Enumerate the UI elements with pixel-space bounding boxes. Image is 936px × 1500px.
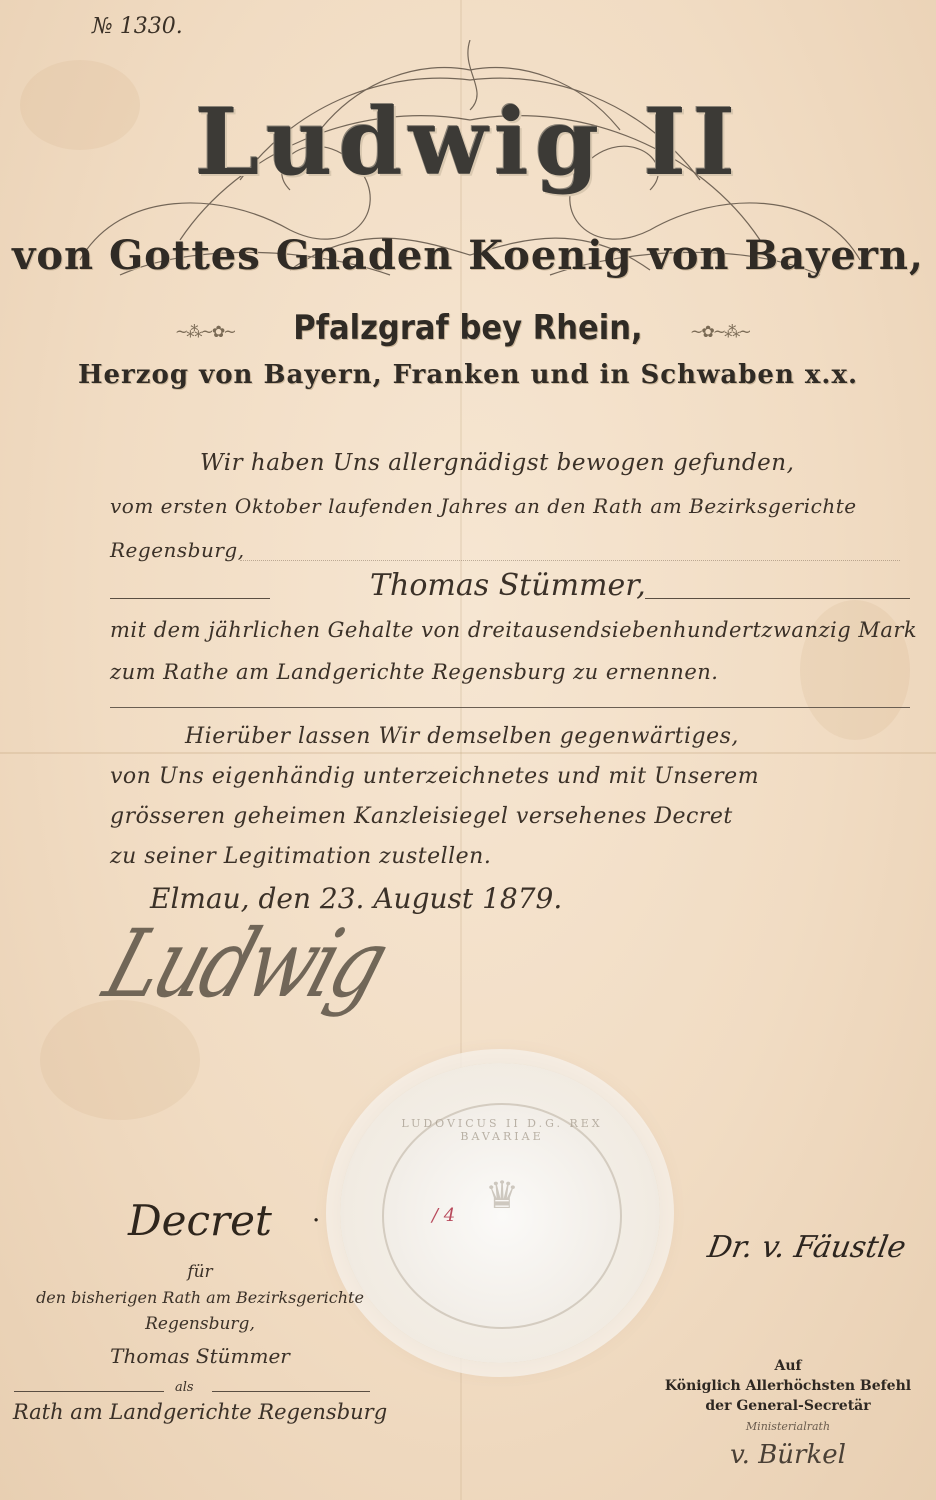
rule-line — [645, 598, 910, 599]
footer-line: Rath am Landgerichte Regensburg — [10, 1400, 390, 1424]
royal-signature: Ludwig — [92, 911, 397, 1019]
decret-title: Decret — [128, 1196, 272, 1245]
decret-dot: · — [312, 1206, 320, 1236]
body-text-line: zu seiner Legitimation zustellen. — [110, 844, 491, 869]
body-text-line: von Uns eigenhändig unterzeichnetes und … — [110, 764, 759, 789]
body-text-line: grösseren geheimen Kanzleisiegel versehe… — [110, 804, 733, 829]
body-text-line: zum Rathe am Landgerichte Regensburg zu … — [110, 660, 718, 684]
body-text-line: vom ersten Oktober laufenden Jahres an d… — [110, 494, 857, 518]
rule-line — [212, 1391, 370, 1392]
title-line-king: von Gottes Gnaden Koenig von Bayern, — [0, 232, 936, 279]
secretary-signature: v. Bürkel — [640, 1440, 936, 1470]
seal-disc: LUDOVICUS II D.G. REX BAVARIAE ♛ / 4 — [382, 1103, 622, 1329]
sovereign-name-heading: Ludwig II — [0, 88, 936, 196]
seal-legend: LUDOVICUS II D.G. REX BAVARIAE — [384, 1117, 620, 1143]
body-text-line: Wir haben Uns allergnädigst bewogen gefu… — [200, 450, 794, 476]
document-number: № 1330. — [92, 14, 183, 39]
minister-cosignature: Dr. v. Fäustle — [705, 1230, 909, 1265]
body-text-line: mit dem jährlichen Gehalte von dreitause… — [110, 618, 917, 642]
body-text-line: Regensburg, — [110, 538, 245, 562]
secretary-title: Ministerialrath — [640, 1420, 936, 1433]
title-line-herzog: Herzog von Bayern, Franken und in Schwab… — [0, 360, 936, 390]
rule-line — [110, 598, 270, 599]
floral-ornament-right-icon: ~✿~⁂~ — [690, 322, 750, 341]
red-pencil-mark: / 4 — [432, 1205, 455, 1226]
footer-for: für — [10, 1262, 390, 1282]
footer-name: Thomas Stümmer — [10, 1344, 390, 1368]
footer-line: Regensburg, — [10, 1314, 390, 1334]
footer-line: den bisherigen Rath am Bezirksgerichte — [10, 1288, 390, 1307]
body-text-line: Hierüber lassen Wir demselben gegenwärti… — [185, 724, 739, 749]
secretary-line: der General-Secretär — [640, 1398, 936, 1414]
footer-als: als — [175, 1380, 194, 1395]
secretary-line: Auf — [640, 1358, 936, 1374]
crown-coat-of-arms-icon: ♛ — [384, 1173, 620, 1217]
title-line-pfalzgraf: Pfalzgraf bey Rhein, — [0, 308, 936, 348]
dotted-guideline — [240, 560, 900, 561]
fold-crease-horizontal — [0, 752, 936, 754]
rule-line — [14, 1391, 164, 1392]
appointee-name: Thomas Stümmer, — [370, 568, 646, 603]
section-divider — [110, 707, 910, 708]
secretary-line: Königlich Allerhöchsten Befehl — [640, 1378, 936, 1394]
